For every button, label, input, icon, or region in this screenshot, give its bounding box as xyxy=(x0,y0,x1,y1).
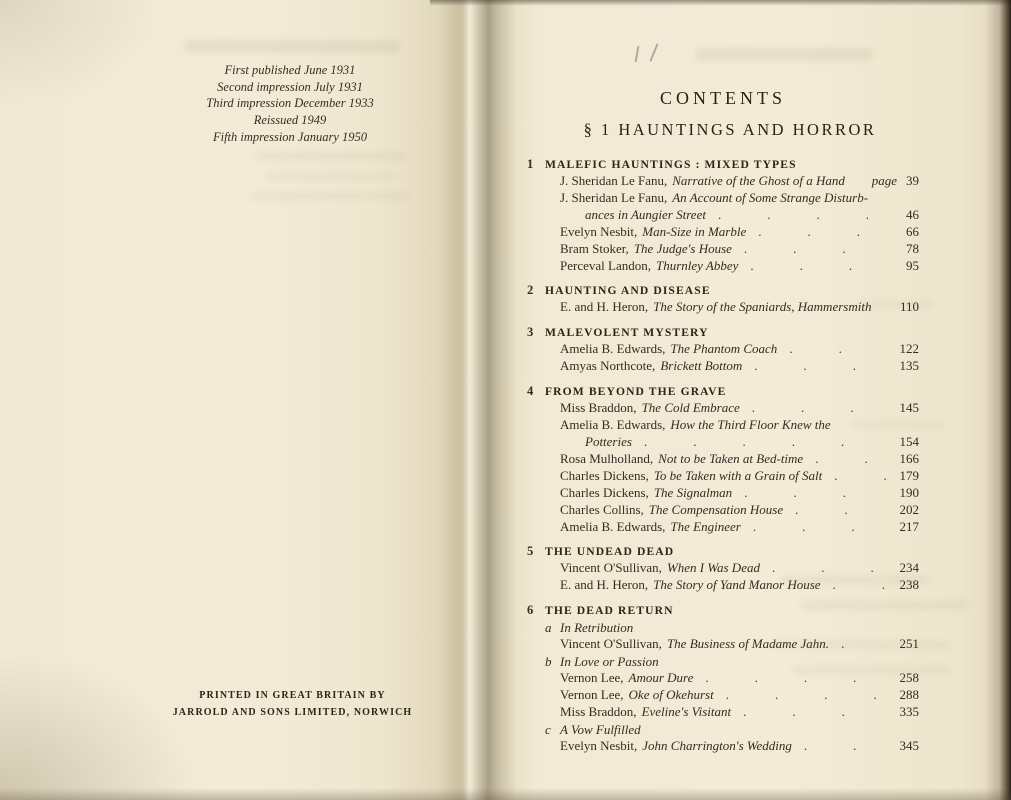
toc-entry-row: E. and H. Heron,The Story of Yand Manor … xyxy=(527,577,919,594)
toc-subsection-label: A Vow Fulfilled xyxy=(560,721,641,738)
toc-page-word: page xyxy=(872,173,897,188)
toc-section-number: 1 xyxy=(527,156,545,173)
toc-entry-title: The Compensation House xyxy=(649,502,783,519)
toc-page-number: 166 xyxy=(895,451,919,468)
toc-page-number: 288 xyxy=(895,687,919,704)
contents-title: CONTENTS xyxy=(527,88,919,109)
toc-leader-dots: .................... xyxy=(742,358,887,375)
toc-page-number-value: 335 xyxy=(900,704,920,719)
toc-entry-title: Amour Dure xyxy=(629,670,694,687)
toc-section-number: 6 xyxy=(527,602,545,619)
toc-entry-title: The Phantom Coach xyxy=(670,341,777,358)
toc-page-number: 95 xyxy=(895,258,919,275)
toc-entry-author: Charles Dickens, xyxy=(560,468,649,485)
toc-section: 5THE UNDEAD DEADVincent O'Sullivan,When … xyxy=(527,543,919,594)
toc-entry-row: Evelyn Nesbit,John Charrington's Wedding… xyxy=(527,738,919,755)
toc-entry-author: Amelia B. Edwards, xyxy=(560,417,665,434)
toc-entry-author: Vincent O'Sullivan, xyxy=(560,636,662,653)
toc-page-number-value: 46 xyxy=(906,207,919,222)
toc-subsection-row: bIn Love or Passion xyxy=(527,653,919,670)
toc-section: 3MALEVOLENT MYSTERYAmelia B. Edwards,The… xyxy=(527,324,919,375)
toc-page-number: 145 xyxy=(895,400,919,417)
toc-page-number: 66 xyxy=(895,224,919,241)
toc-entry-title: Eveline's Visitant xyxy=(642,704,732,721)
toc-entry-row: E. and H. Heron,The Story of the Spaniar… xyxy=(527,299,919,316)
toc-page-number-value: 135 xyxy=(900,358,920,373)
toc-entry-row: Charles Collins,The Compensation House..… xyxy=(527,502,919,519)
toc-section-title: HAUNTING AND DISEASE xyxy=(545,282,711,299)
toc-entry-title: Oke of Okehurst xyxy=(629,687,714,704)
toc-page-number-value: 78 xyxy=(906,241,919,256)
toc-section-number: 5 xyxy=(527,543,545,560)
toc-page-number-value: 251 xyxy=(900,636,920,651)
toc-leader-dots: .................... xyxy=(803,451,887,468)
toc-entry-title: Man-Size in Marble xyxy=(642,224,746,241)
toc-page-number: 78 xyxy=(895,241,919,258)
toc-page-number: 234 xyxy=(895,560,919,577)
toc-entry-row: Amyas Northcote,Brickett Bottom.........… xyxy=(527,358,919,375)
toc-subsection-label: In Retribution xyxy=(560,619,633,636)
toc-entry-row: Bram Stoker,The Judge's House...........… xyxy=(527,241,919,258)
toc-entry-title: How the Third Floor Knew the xyxy=(670,417,830,434)
toc-leader-dots: .................... xyxy=(829,636,887,653)
toc-entry-row: Charles Dickens,The Signalman...........… xyxy=(527,485,919,502)
toc-section-number: 4 xyxy=(527,383,545,400)
toc-page-number: 345 xyxy=(895,738,919,755)
toc-section: 4FROM BEYOND THE GRAVEMiss Braddon,The C… xyxy=(527,383,919,535)
toc-section-title: MALEVOLENT MYSTERY xyxy=(545,324,709,341)
toc-entry-title: The Signalman xyxy=(654,485,732,502)
toc-leader-dots: .................... xyxy=(792,738,887,755)
toc-entry-title: The Engineer xyxy=(670,519,740,536)
toc-entry-author: Charles Collins, xyxy=(560,502,644,519)
toc-entry-title: An Account of Some Strange Disturb- xyxy=(672,190,868,207)
toc-leader-dots: .................... xyxy=(746,224,887,241)
toc-section: 1MALEFIC HAUNTINGS : MIXED TYPESJ. Sheri… xyxy=(527,156,919,274)
toc-entry-author: J. Sheridan Le Fanu, xyxy=(560,190,667,207)
toc-leader-dots: .................... xyxy=(738,258,887,275)
toc-page-number-value: 234 xyxy=(900,560,920,575)
toc-page-number-value: 258 xyxy=(900,670,920,685)
toc-entry-row: Miss Braddon,Eveline's Visitant.........… xyxy=(527,704,919,721)
toc-entry-author: Vincent O'Sullivan, xyxy=(560,560,662,577)
toc-section: 6THE DEAD RETURNaIn RetributionVincent O… xyxy=(527,602,919,755)
toc-entry-title-continuation: Potteries xyxy=(585,434,632,451)
toc-leader-dots: .................... xyxy=(732,485,887,502)
toc-leader-dots: .................... xyxy=(693,670,887,687)
toc-entry-row: Amelia B. Edwards,The Engineer..........… xyxy=(527,519,919,536)
toc-page-number: 46 xyxy=(895,207,919,224)
toc-page-number: 110 xyxy=(895,299,919,316)
toc-entry-title: Narrative of the Ghost of a Hand xyxy=(672,173,845,190)
toc-page-number: 202 xyxy=(895,502,919,519)
toc-section-title: THE DEAD RETURN xyxy=(545,602,674,619)
toc-leader-dots: .................... xyxy=(732,241,887,258)
toc-page-number: 154 xyxy=(895,434,919,451)
toc-entry-author: Vernon Lee, xyxy=(560,670,624,687)
toc-leader-dots: .................... xyxy=(760,560,887,577)
toc-section-heading: 6THE DEAD RETURN xyxy=(527,602,919,619)
toc-entry-row: J. Sheridan Le Fanu,Narrative of the Gho… xyxy=(527,173,919,190)
toc-entry-title: The Cold Embrace xyxy=(642,400,740,417)
toc-page-number-value: 166 xyxy=(900,451,920,466)
toc-entry-author: Vernon Lee, xyxy=(560,687,624,704)
edition-line: Reissued 1949 xyxy=(118,112,462,129)
toc-page-number-value: 190 xyxy=(900,485,920,500)
edition-line: First published June 1931 xyxy=(118,62,462,79)
edition-line: Fifth impression January 1950 xyxy=(118,129,462,146)
contents-page: CONTENTS § 1 HAUNTINGS AND HORROR 1MALEF… xyxy=(527,88,919,755)
toc-entry-row: Amelia B. Edwards,How the Third Floor Kn… xyxy=(527,417,919,434)
toc-page-number: 135 xyxy=(895,358,919,375)
toc-page-number-value: 154 xyxy=(900,434,920,449)
toc-subsection-row: aIn Retribution xyxy=(527,619,919,636)
toc-entry-continuation-row: Potteries....................154 xyxy=(527,434,919,451)
toc-entry-author: Charles Dickens, xyxy=(560,485,649,502)
toc-page-number: 217 xyxy=(895,519,919,536)
book-spread: First published June 1931Second impressi… xyxy=(0,0,1011,800)
toc-page-number-value: 202 xyxy=(900,502,920,517)
edition-line: Third impression December 1933 xyxy=(118,95,462,112)
toc-entry-title-continuation: ances in Aungier Street xyxy=(585,207,706,224)
edition-line: Second impression July 1931 xyxy=(118,79,462,96)
toc-page-number: 251 xyxy=(895,636,919,653)
toc-page-number: 335 xyxy=(895,704,919,721)
toc-entry-title: To be Taken with a Grain of Salt xyxy=(654,468,822,485)
toc-entry-author: J. Sheridan Le Fanu, xyxy=(560,173,667,190)
toc-entry-row: J. Sheridan Le Fanu,An Account of Some S… xyxy=(527,190,919,207)
toc-entry-row: Perceval Landon,Thurnley Abbey..........… xyxy=(527,258,919,275)
toc-entry-title: The Story of Yand Manor House xyxy=(653,577,820,594)
toc-entry-author: Amelia B. Edwards, xyxy=(560,519,665,536)
toc-entry-row: Vincent O'Sullivan,The Business of Madam… xyxy=(527,636,919,653)
part-heading: § 1 HAUNTINGS AND HORROR xyxy=(527,120,919,140)
toc-entry-author: E. and H. Heron, xyxy=(560,577,648,594)
toc-entry-title: The Story of the Spaniards, Hammersmith xyxy=(653,299,871,316)
toc-page-number-value: 288 xyxy=(900,687,920,702)
toc-page-number: 190 xyxy=(895,485,919,502)
toc-page-number: 258 xyxy=(895,670,919,687)
toc-leader-dots: .................... xyxy=(714,687,887,704)
left-page: First published June 1931Second impressi… xyxy=(0,0,460,800)
toc-subsection-letter: a xyxy=(545,619,560,636)
toc-entry-author: Miss Braddon, xyxy=(560,400,637,417)
toc-leader-dots: .................... xyxy=(741,519,887,536)
toc-page-number-value: 66 xyxy=(906,224,919,239)
toc-leader-dots: .................... xyxy=(632,434,887,451)
toc-page-number-value: 145 xyxy=(900,400,920,415)
toc-page-number-value: 179 xyxy=(900,468,920,483)
printer-notice: PRINTED IN GREAT BRITAIN BYJARROLD AND S… xyxy=(100,688,485,721)
toc-section-title: MALEFIC HAUNTINGS : MIXED TYPES xyxy=(545,156,797,173)
toc-section-number: 2 xyxy=(527,282,545,299)
toc-page-number: page39 xyxy=(872,173,919,190)
toc-entry-row: Vernon Lee,Oke of Okehurst..............… xyxy=(527,687,919,704)
toc: 1MALEFIC HAUNTINGS : MIXED TYPESJ. Sheri… xyxy=(527,156,919,755)
printer-line: JARROLD AND SONS LIMITED, NORWICH xyxy=(100,705,485,722)
toc-page-number: 122 xyxy=(895,341,919,358)
toc-entry-row: Evelyn Nesbit,Man-Size in Marble........… xyxy=(527,224,919,241)
toc-entry-row: Amelia B. Edwards,The Phantom Coach.....… xyxy=(527,341,919,358)
toc-subsection-letter: b xyxy=(545,653,560,670)
toc-entry-title: The Business of Madame Jahn. xyxy=(667,636,829,653)
toc-entry-author: Amyas Northcote, xyxy=(560,358,655,375)
toc-subsection-row: cA Vow Fulfilled xyxy=(527,721,919,738)
toc-entry-author: E. and H. Heron, xyxy=(560,299,648,316)
toc-entry-author: Rosa Mulholland, xyxy=(560,451,653,468)
toc-section-heading: 3MALEVOLENT MYSTERY xyxy=(527,324,919,341)
toc-entry-title: John Charrington's Wedding xyxy=(642,738,792,755)
toc-entry-title: Brickett Bottom xyxy=(660,358,742,375)
toc-entry-title: The Judge's House xyxy=(634,241,732,258)
toc-entry-author: Bram Stoker, xyxy=(560,241,629,258)
toc-page-number-value: 110 xyxy=(900,299,919,314)
toc-entry-continuation-row: ances in Aungier Street.................… xyxy=(527,207,919,224)
toc-entry-author: Miss Braddon, xyxy=(560,704,637,721)
toc-entry-author: Evelyn Nesbit, xyxy=(560,738,637,755)
toc-leader-dots: .................... xyxy=(783,502,887,519)
toc-section-heading: 1MALEFIC HAUNTINGS : MIXED TYPES xyxy=(527,156,919,173)
toc-section-heading: 2HAUNTING AND DISEASE xyxy=(527,282,919,299)
toc-section-heading: 5THE UNDEAD DEAD xyxy=(527,543,919,560)
toc-page-number-value: 238 xyxy=(900,577,920,592)
toc-entry-author: Amelia B. Edwards, xyxy=(560,341,665,358)
toc-leader-dots: .................... xyxy=(777,341,887,358)
toc-leader-dots: .................... xyxy=(740,400,887,417)
toc-leader-dots: .................... xyxy=(822,468,887,485)
toc-page-number-value: 217 xyxy=(900,519,920,534)
toc-entry-row: Rosa Mulholland,Not to be Taken at Bed-t… xyxy=(527,451,919,468)
toc-page-number-value: 39 xyxy=(906,173,919,188)
toc-entry-title: Not to be Taken at Bed-time xyxy=(658,451,803,468)
toc-page-number: 179 xyxy=(895,468,919,485)
edition-notice: First published June 1931Second impressi… xyxy=(118,62,462,146)
toc-subsection-label: In Love or Passion xyxy=(560,653,659,670)
toc-page-number-value: 345 xyxy=(900,738,920,753)
toc-entry-title: Thurnley Abbey xyxy=(656,258,738,275)
toc-entry-author: Evelyn Nesbit, xyxy=(560,224,637,241)
toc-entry-row: Charles Dickens,To be Taken with a Grain… xyxy=(527,468,919,485)
toc-entry-row: Vernon Lee,Amour Dure...................… xyxy=(527,670,919,687)
toc-section-title: THE UNDEAD DEAD xyxy=(545,543,674,560)
right-page: CONTENTS § 1 HAUNTINGS AND HORROR 1MALEF… xyxy=(460,0,1011,800)
toc-leader-dots: .................... xyxy=(731,704,887,721)
toc-leader-dots: .................... xyxy=(821,577,887,594)
toc-subsection-letter: c xyxy=(545,721,560,738)
toc-entry-row: Miss Braddon,The Cold Embrace...........… xyxy=(527,400,919,417)
toc-entry-row: Vincent O'Sullivan,When I Was Dead......… xyxy=(527,560,919,577)
toc-page-number: 238 xyxy=(895,577,919,594)
toc-leader-dots: .................... xyxy=(706,207,887,224)
toc-page-number-value: 122 xyxy=(900,341,920,356)
toc-section: 2HAUNTING AND DISEASEE. and H. Heron,The… xyxy=(527,282,919,316)
toc-page-number-value: 95 xyxy=(906,258,919,273)
toc-section-heading: 4FROM BEYOND THE GRAVE xyxy=(527,383,919,400)
printer-line: PRINTED IN GREAT BRITAIN BY xyxy=(100,688,485,705)
toc-section-title: FROM BEYOND THE GRAVE xyxy=(545,383,726,400)
toc-entry-author: Perceval Landon, xyxy=(560,258,651,275)
toc-section-number: 3 xyxy=(527,324,545,341)
toc-entry-title: When I Was Dead xyxy=(667,560,760,577)
